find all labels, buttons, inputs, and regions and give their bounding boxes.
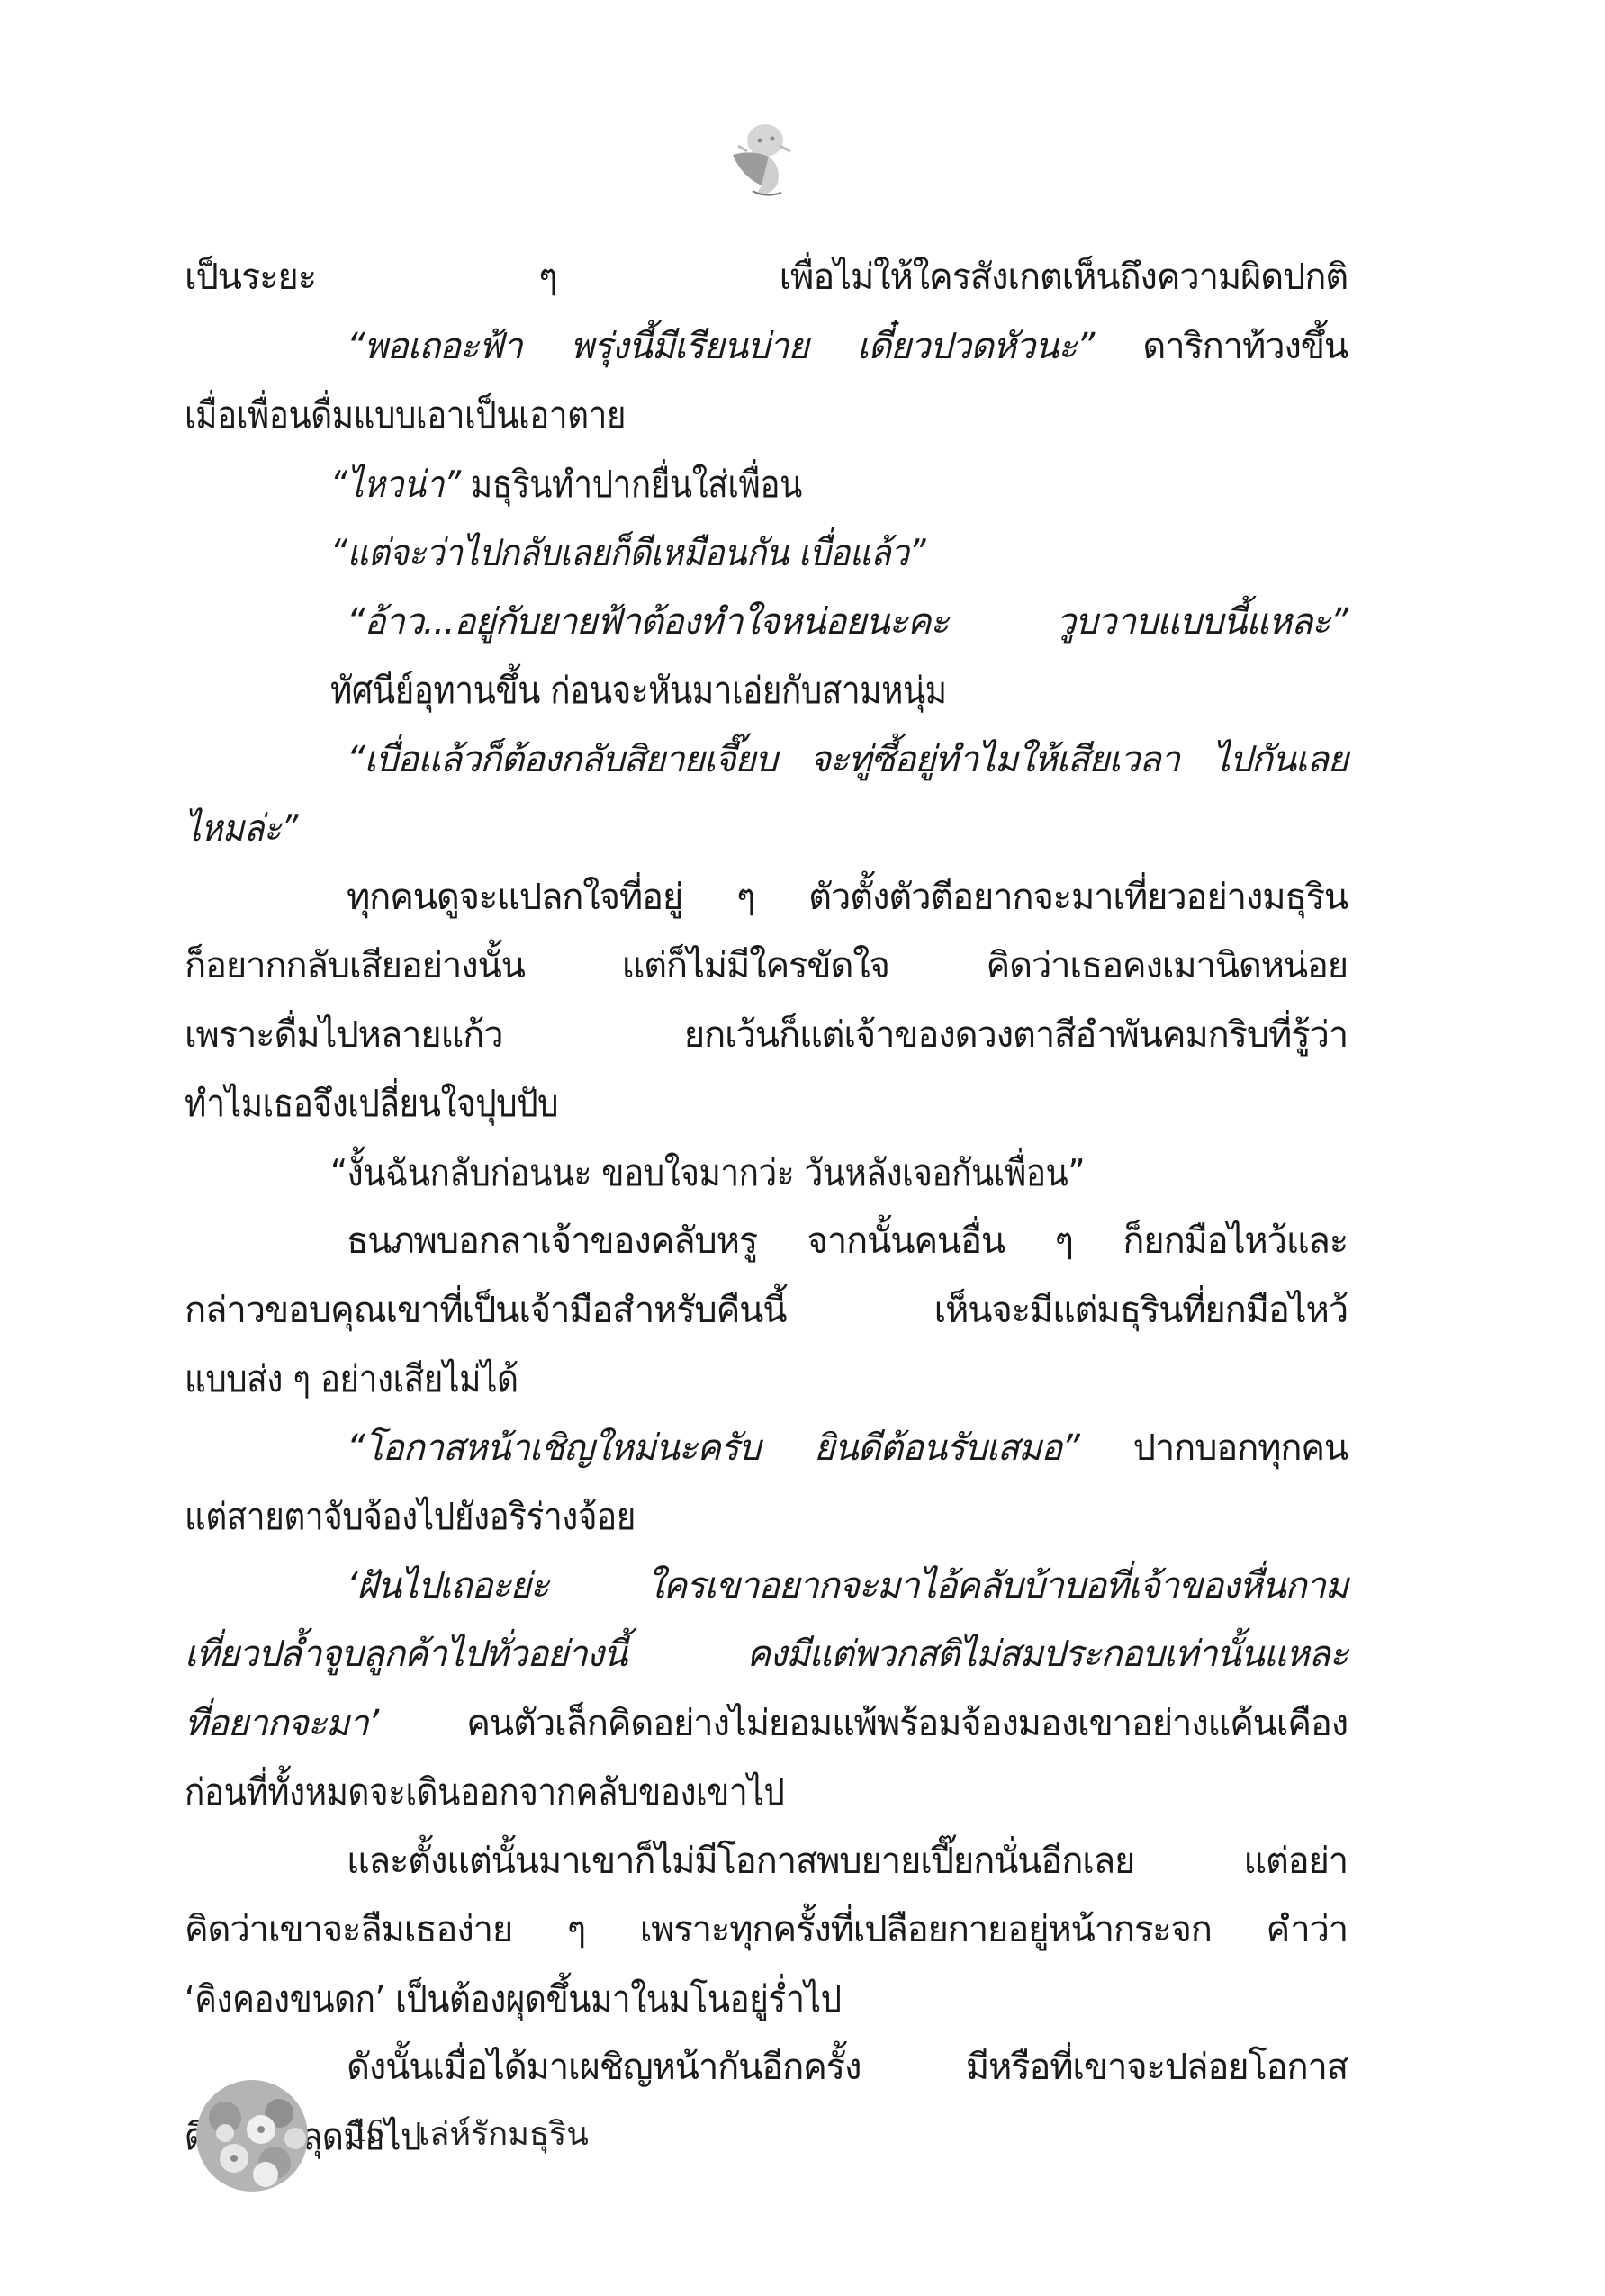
text-line: ก็อยากกลับเสียอย่างนั้น แต่ก็ไม่มีใครขัด… (185, 932, 1348, 1001)
text-segment: ก็อยากกลับเสียอย่างนั้น แต่ก็ไม่มีใครขัด… (185, 945, 1348, 986)
text-segment: คิดว่าเขาจะลืมเธอง่าย ๆ เพราะทุกครั้งที่… (185, 1909, 1348, 1950)
text-line: “งั้นฉันกลับก่อนนะ ขอบใจมากว่ะ วันหลังเจ… (185, 1139, 1231, 1208)
text-segment: เมื่อเพื่อนดื่มแบบเอาเป็นเอาตาย (185, 393, 626, 437)
text-line: ก่อนที่ทั้งหมดจะเดินออกจากคลับของเขาไป (185, 1758, 1231, 1827)
text-line: เพราะดื่มไปหลายแก้ว ยกเว้นก็แต่เจ้าของดว… (185, 1001, 1348, 1070)
text-line: กล่าวขอบคุณเขาที่เป็นเจ้ามือสำหรับคืนนี้… (185, 1276, 1348, 1346)
text-segment: ทุกคนดูจะแปลกใจที่อยู่ ๆ ตัวตั้งตัวตีอยา… (347, 877, 1348, 918)
italic-speech-segment: “อ้าว...อยู่กับยายฟ้าต้องทำใจหน่อยนะคะ ว… (347, 601, 1348, 643)
book-title: เล่ห์รักมธุริน (419, 2108, 589, 2159)
text-line: “แต่จะว่าไปกลับเลยก็ดีเหมือนกัน เบื่อแล้… (185, 518, 1231, 588)
body-text: เป็นระยะ ๆ เพื่อไม่ให้ใครสังเกตเห็นถึงคว… (185, 243, 1348, 2171)
text-segment: แบบส่ง ๆ อย่างเสียไม่ได้ (185, 1357, 518, 1400)
text-line: แต่สายตาจับจ้องไปยังอริร่างจ้อย (185, 1482, 1231, 1552)
text-segment: ปากบอกทุกคน (1079, 1427, 1348, 1469)
text-segment: มธุรินทำปากยื่นใส่เพื่อน (461, 463, 802, 506)
text-segment: และตั้งแต่นั้นมาเขาก็ไม่มีโอกาสพบยายเปี๊… (347, 1841, 1348, 1882)
text-line: ทัศนีย์อุทานขึ้น ก่อนจะหันมาเอ่ยกับสามหน… (185, 656, 1231, 725)
text-line: “โอกาสหน้าเชิญใหม่นะครับ ยินดีต้อนรับเสม… (185, 1414, 1348, 1483)
italic-speech-segment: “โอกาสหน้าเชิญใหม่นะครับ ยินดีต้อนรับเสม… (347, 1427, 1079, 1469)
italic-speech-segment: “ไหวน่า” (330, 463, 461, 506)
text-line: ‘ฝันไปเถอะย่ะ ใครเขาอยากจะมาไอ้คลับบ้าบอ… (185, 1552, 1348, 1621)
italic-speech-segment: “เบื่อแล้วก็ต้องกลับสิยายเจี๊ยบ จะทู่ซี้… (347, 739, 1348, 780)
page-footer: 16 เล่ห์รักมธุริน (189, 2068, 729, 2212)
text-line: เที่ยวปล้ำจูบลูกค้าไปทั่วอย่างนี้ คงมีแต… (185, 1620, 1348, 1689)
text-segment: คนตัวเล็กคิดอย่างไม่ยอมแพ้พร้อมจ้องมองเข… (378, 1703, 1348, 1744)
italic-speech-segment: “แต่จะว่าไปกลับเลยก็ดีเหมือนกัน เบื่อแล้… (330, 531, 925, 574)
text-segment: ทัศนีย์อุทานขึ้น ก่อนจะหันมาเอ่ยกับสามหน… (330, 669, 947, 712)
text-segment: “งั้นฉันกลับก่อนนะ ขอบใจมากว่ะ วันหลังเจ… (330, 1151, 1085, 1194)
text-segment: กล่าวขอบคุณเขาที่เป็นเจ้ามือสำหรับคืนนี้… (185, 1290, 1348, 1331)
text-segment: แต่สายตาจับจ้องไปยังอริร่างจ้อย (185, 1495, 636, 1538)
text-segment: ธนภพบอกลาเจ้าของคลับหรู จากนั้นคนอื่น ๆ … (347, 1220, 1348, 1262)
italic-speech-segment: ที่อยากจะมา’ (185, 1703, 378, 1744)
text-line: เมื่อเพื่อนดื่มแบบเอาเป็นเอาตาย (185, 381, 1231, 450)
text-line: “ไหวน่า” มธุรินทำปากยื่นใส่เพื่อน (185, 450, 1231, 519)
text-segment: เป็นระยะ ๆ เพื่อไม่ให้ใครสังเกตเห็นถึงคว… (185, 257, 1348, 298)
page-number: 16 (351, 2111, 383, 2149)
text-line: “เบื่อแล้วก็ต้องกลับสิยายเจี๊ยบ จะทู่ซี้… (185, 725, 1348, 795)
text-segment: ทำไมเธอจึงเปลี่ยนใจปุบปับ (185, 1082, 558, 1125)
text-line: แบบส่ง ๆ อย่างเสียไม่ได้ (185, 1345, 1231, 1414)
italic-speech-segment: “พอเถอะฟ้า พรุ่งนี้มีเรียนบ่าย เดี๋ยวปวด… (347, 326, 1094, 367)
text-line: “อ้าว...อยู่กับยายฟ้าต้องทำใจหน่อยนะคะ ว… (185, 588, 1348, 657)
italic-speech-segment: เที่ยวปล้ำจูบลูกค้าไปทั่วอย่างนี้ คงมีแต… (185, 1634, 1348, 1675)
text-segment: เพราะดื่มไปหลายแก้ว ยกเว้นก็แต่เจ้าของดว… (185, 1014, 1348, 1056)
text-line: ธนภพบอกลาเจ้าของคลับหรู จากนั้นคนอื่น ๆ … (185, 1207, 1348, 1276)
text-segment: ดาริกาท้วงขึ้น (1094, 326, 1348, 367)
cartoon-ornament-icon (726, 119, 798, 202)
italic-speech-segment: ไหมล่ะ” (185, 806, 298, 850)
text-line: ไหมล่ะ” (185, 794, 1231, 863)
text-line: คิดว่าเขาจะลืมเธอง่าย ๆ เพราะทุกครั้งที่… (185, 1895, 1348, 1965)
flower-bouquet-icon (189, 2068, 315, 2203)
text-line: ‘คิงคองขนดก’ เป็นต้องผุดขึ้นมาในมโนอยู่ร… (185, 1965, 1231, 2034)
text-line: ทำไมเธอจึงเปลี่ยนใจปุบปับ (185, 1069, 1231, 1139)
text-line: ทุกคนดูจะแปลกใจที่อยู่ ๆ ตัวตั้งตัวตีอยา… (185, 863, 1348, 932)
text-line: และตั้งแต่นั้นมาเขาก็ไม่มีโอกาสพบยายเปี๊… (185, 1827, 1348, 1896)
text-segment: ก่อนที่ทั้งหมดจะเดินออกจากคลับของเขาไป (185, 1770, 784, 1814)
text-segment: ‘คิงคองขนดก’ เป็นต้องผุดขึ้นมาในมโนอยู่ร… (185, 1977, 842, 2021)
italic-speech-segment: ‘ฝันไปเถอะย่ะ ใครเขาอยากจะมาไอ้คลับบ้าบอ… (347, 1565, 1348, 1607)
text-line: “พอเถอะฟ้า พรุ่งนี้มีเรียนบ่าย เดี๋ยวปวด… (185, 312, 1348, 382)
text-line: เป็นระยะ ๆ เพื่อไม่ให้ใครสังเกตเห็นถึงคว… (185, 243, 1348, 312)
text-line: ที่อยากจะมา’ คนตัวเล็กคิดอย่างไม่ยอมแพ้พ… (185, 1689, 1348, 1759)
